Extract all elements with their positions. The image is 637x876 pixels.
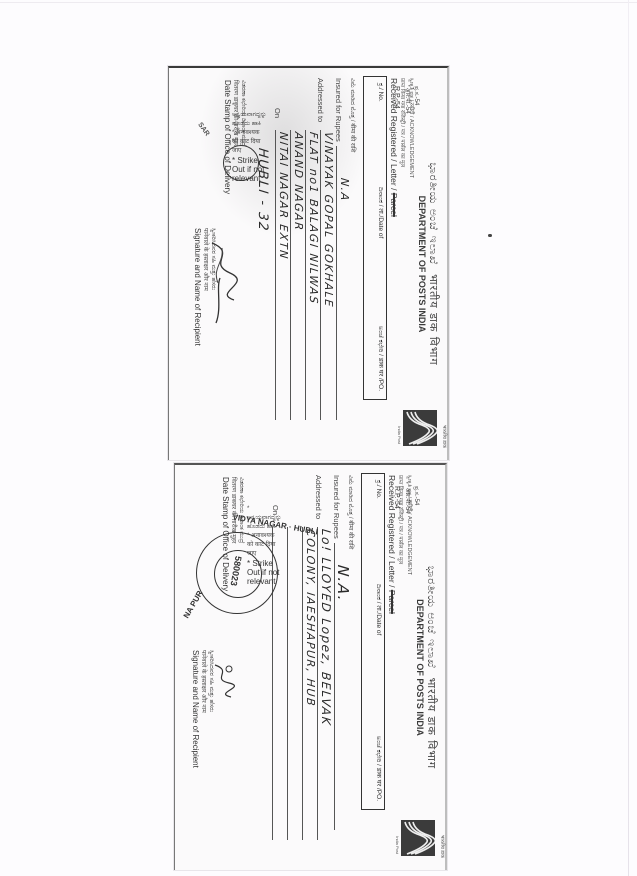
- title-english: DEPARTMENT OF POSTS INDIA: [415, 465, 425, 870]
- form-code-hindi-top: आर.पी.-54: [403, 88, 411, 114]
- scan-speck: [488, 234, 492, 237]
- address-line-1: Lo! LLOYED Lopez, BELVAK: [319, 528, 333, 727]
- logo-label: भारतीय डाक: [441, 425, 447, 448]
- address-line-3: ANAND NAGAR: [292, 131, 305, 232]
- address-underline: [302, 527, 303, 840]
- page-edge: [628, 0, 629, 876]
- postmark-stamp: [223, 145, 259, 181]
- recipient-signature: [202, 238, 242, 328]
- insured-label: Insured for Rupees: [332, 475, 341, 539]
- addressed-label: Addressed to: [314, 475, 323, 519]
- address-line-2: COLONY, IAESHAPUR, HUB: [304, 528, 317, 707]
- form-code-en-bottom: R.P.-54: [393, 486, 400, 509]
- address-underline: [317, 527, 318, 840]
- recipient-signature: [207, 661, 237, 701]
- insured-value: N.A: [338, 177, 351, 202]
- article-details-box: ಕ್ರ./ No. ದಿನಾಂಕ / ता./Date of ಅಂಚೆ ಕಛೇರ…: [363, 76, 387, 400]
- on-label: On: [273, 108, 282, 118]
- article-date-label: ದಿನಾಂಕ / ता./Date of: [374, 584, 382, 635]
- insured-label: Insured for Rupees: [334, 78, 343, 142]
- logo-caption: India Post: [395, 836, 400, 854]
- article-date-label: ದಿನಾಂಕ / ता./Date of: [376, 187, 384, 238]
- title-english: DEPARTMENT OF POSTS INDIA: [417, 68, 427, 460]
- address-underline: [275, 130, 276, 420]
- logo-caption: India Post: [397, 426, 402, 444]
- address-line-2: FLAT no1 BALAGI NILWAS: [307, 131, 320, 305]
- post-office-label: ಅಂಚೆ ಕಛೇರಿ / डाक घर /PO.: [376, 326, 384, 391]
- insured-value: N.A.: [334, 564, 352, 603]
- insured-regional: ವಿಮೆ ಮಾಡಿದ ಮೊತ್ತ / बीमा की राशि: [348, 78, 357, 153]
- post-office-label: ಅಂಚೆ ಕಛೇರಿ / डाक घर /PO.: [374, 736, 382, 801]
- form-code-en-top: R.P.-54: [393, 86, 400, 109]
- form-code-top: ಪ್ರ.ಸ.-54: [412, 86, 420, 105]
- logo-label: भारतीय डाक: [439, 835, 445, 858]
- form-code-hindi-bottom: आर.पी.-54: [403, 488, 411, 514]
- address-underline: [305, 130, 306, 420]
- article-number-label: ಕ್ರ./ No.: [376, 83, 384, 102]
- address-underline: [287, 527, 288, 840]
- insured-line: [336, 146, 337, 420]
- acknowledgement-card-bottom: भारतीय डाक India Post ಭಾರತೀಯ ಅಂಚೆ ಇಲಾಖೆ …: [174, 463, 447, 870]
- address-line-4: NITAI NAGAR EXTN: [277, 131, 290, 260]
- acknowledgement-card-top: भारतीय डाक India Post ಭಾರತೀಯ ಅಂಚೆ ಇಲಾಖೆ …: [168, 66, 449, 460]
- title-regional: ಭಾರತೀಯ ಅಂಚೆ ಇಲಾಖೆ भारतीय डाक विभाग: [426, 68, 441, 460]
- form-code-bottom: ಪ್ರ.ಸ.-54: [412, 486, 419, 505]
- article-details-box: ಕ್ರ./ No. ದಿನಾಂಕ / ता./Date of ಅಂಚೆ ಕಛೇರ…: [361, 473, 385, 810]
- title-regional: ಭಾರತೀಯ ಅಂಚೆ ಇಲಾಖೆ भारतीय डाक विभाग: [424, 465, 439, 870]
- address-line-1: VINAYAK GOPAL GOKHALE: [322, 131, 335, 308]
- article-number-label: ಕ್ರ./ No.: [374, 480, 382, 499]
- address-underline: [290, 130, 291, 420]
- page-edge: [0, 2, 637, 3]
- address-underline: [320, 130, 321, 420]
- insured-regional: ವಿಮೆ ಮಾಡಿದ ಮೊತ್ತ / बीमा की राशि: [346, 475, 355, 550]
- addressed-label: Addressed to: [316, 78, 325, 122]
